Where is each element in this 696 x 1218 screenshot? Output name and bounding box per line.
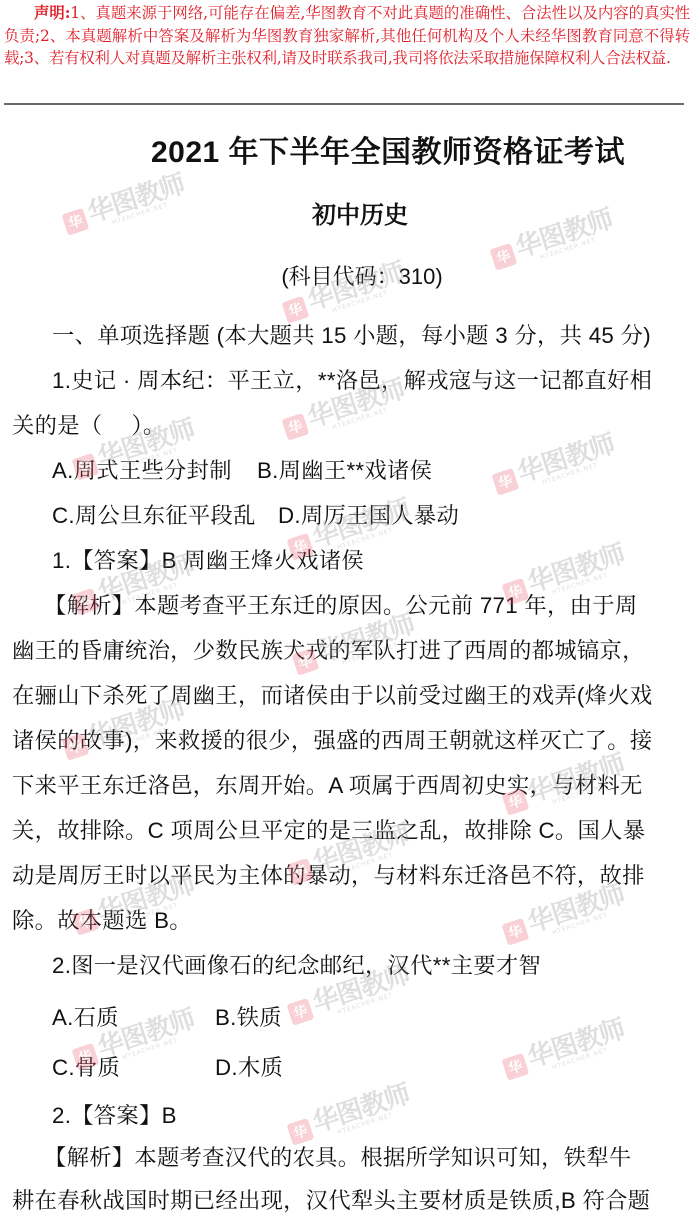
- q2-stem-line-1: 2.图一是汉代画像石的纪念邮纪，汉代**主要才智: [52, 948, 541, 980]
- q2-option-c: C.骨质: [52, 1050, 120, 1082]
- q1-analysis-line-3: 在骊山下杀死了周幽王，而诸侯由于以前受过幽王的戏弄(烽火戏: [12, 678, 652, 710]
- watermark-subtext: HTEACHER.NET: [552, 906, 630, 936]
- q1-analysis-line-7: 动是周厉王时以平民为主体的暴动，与材料东迁洛邑不符，故排: [12, 858, 645, 890]
- watermark-subtext: HTEACHER.NET: [337, 1106, 415, 1136]
- q1-stem-line-1: 1.史记 · 周本纪：平王立，**洛邑，解戎寇与这一记都直好相: [52, 363, 652, 395]
- watermark-logo-icon: 华: [287, 998, 315, 1026]
- q2-option-d: D.木质: [215, 1050, 283, 1082]
- q1-analysis-line-5: 下来平王东迁洛邑，东周开始。A 项属于西周初史实，与材料无: [12, 768, 643, 800]
- watermark-logo-icon: 华: [282, 413, 310, 441]
- q1-answer: 1.【答案】B 周幽王烽火戏诸侯: [52, 543, 364, 575]
- q2-option-b: B.铁质: [215, 1000, 282, 1032]
- header-divider: [4, 103, 684, 105]
- q1-analysis-line-1: 【解析】本题考查平王东迁的原因。公元前 771 年，由于周: [44, 588, 637, 620]
- watermark: 华 华图教师HTEACHER.NET: [490, 431, 620, 500]
- q2-option-a: A.石质: [52, 1000, 119, 1032]
- disclaimer: 声明:1、真题来源于网络,可能存在偏差,华图教育不对此真题的准确性、合法性以及内…: [4, 2, 690, 70]
- watermark-text: 华图教师: [310, 1081, 413, 1137]
- subject-title: 初中历史: [0, 195, 696, 230]
- watermark-logo-icon: 华: [502, 1053, 530, 1081]
- section-heading: 一、单项选择题 (本大题共 15 小题，每小题 3 分，共 45 分): [52, 318, 651, 350]
- q2-analysis-line-1: 【解析】本题考查汉代的农具。根据所学知识可知，铁犁牛: [44, 1140, 632, 1172]
- watermark-logo-icon: 华: [492, 468, 520, 496]
- watermark-subtext: HTEACHER.NET: [332, 401, 410, 431]
- watermark-text: 华图教师: [515, 431, 618, 487]
- q1-analysis-line-4: 诸侯的故事)，来救援的很少，强盛的西周王朝就这样灭亡了。接: [12, 723, 652, 755]
- q1-option-d: D.周厉王国人暴动: [278, 498, 459, 530]
- q1-analysis-line-8: 除。故本题选 B。: [12, 903, 192, 935]
- q1-analysis-line-6: 关，故排除。C 项周公旦平定的是三监之乱，故排除 C。国人暴: [12, 813, 645, 845]
- q1-option-c: C.周公旦东征平段乱: [52, 498, 256, 530]
- watermark: 华 华图教师HTEACHER.NET: [500, 1016, 630, 1085]
- q1-option-b: B.周幽王**戏诸侯: [257, 453, 432, 485]
- watermark-subtext: HTEACHER.NET: [542, 456, 620, 486]
- watermark-subtext: HTEACHER.NET: [552, 1041, 630, 1071]
- q2-answer: 2.【答案】B: [52, 1098, 177, 1130]
- q1-option-a: A.周式王些分封制: [52, 453, 232, 485]
- exam-title: 2021 年下半年全国教师资格证考试: [0, 127, 696, 171]
- watermark-subtext: HTEACHER.NET: [540, 231, 618, 261]
- subject-code: (科目代码：310): [0, 260, 696, 291]
- q2-analysis-line-2: 耕在春秋战国时期已经出现，汉代犁头主要材质是铁质,B 符合题: [12, 1183, 650, 1215]
- watermark-logo-icon: 华: [502, 918, 530, 946]
- q1-analysis-line-2: 幽王的昏庸统治，少数民族犬戎的军队打进了西周的都城镐京，: [12, 633, 645, 665]
- watermark: 华 华图教师HTEACHER.NET: [500, 881, 630, 950]
- disclaimer-lead: 声明:: [34, 4, 70, 22]
- q1-stem-line-2: 关的是（ ）。: [12, 408, 166, 440]
- watermark-subtext: HTEACHER.NET: [122, 1031, 200, 1061]
- watermark-text: 华图教师: [525, 1016, 628, 1072]
- disclaimer-text: 1、真题来源于网络,可能存在偏差,华图教育不对此真题的准确性、合法性以及内容的真…: [4, 4, 690, 67]
- watermark-subtext: HTEACHER.NET: [337, 986, 415, 1016]
